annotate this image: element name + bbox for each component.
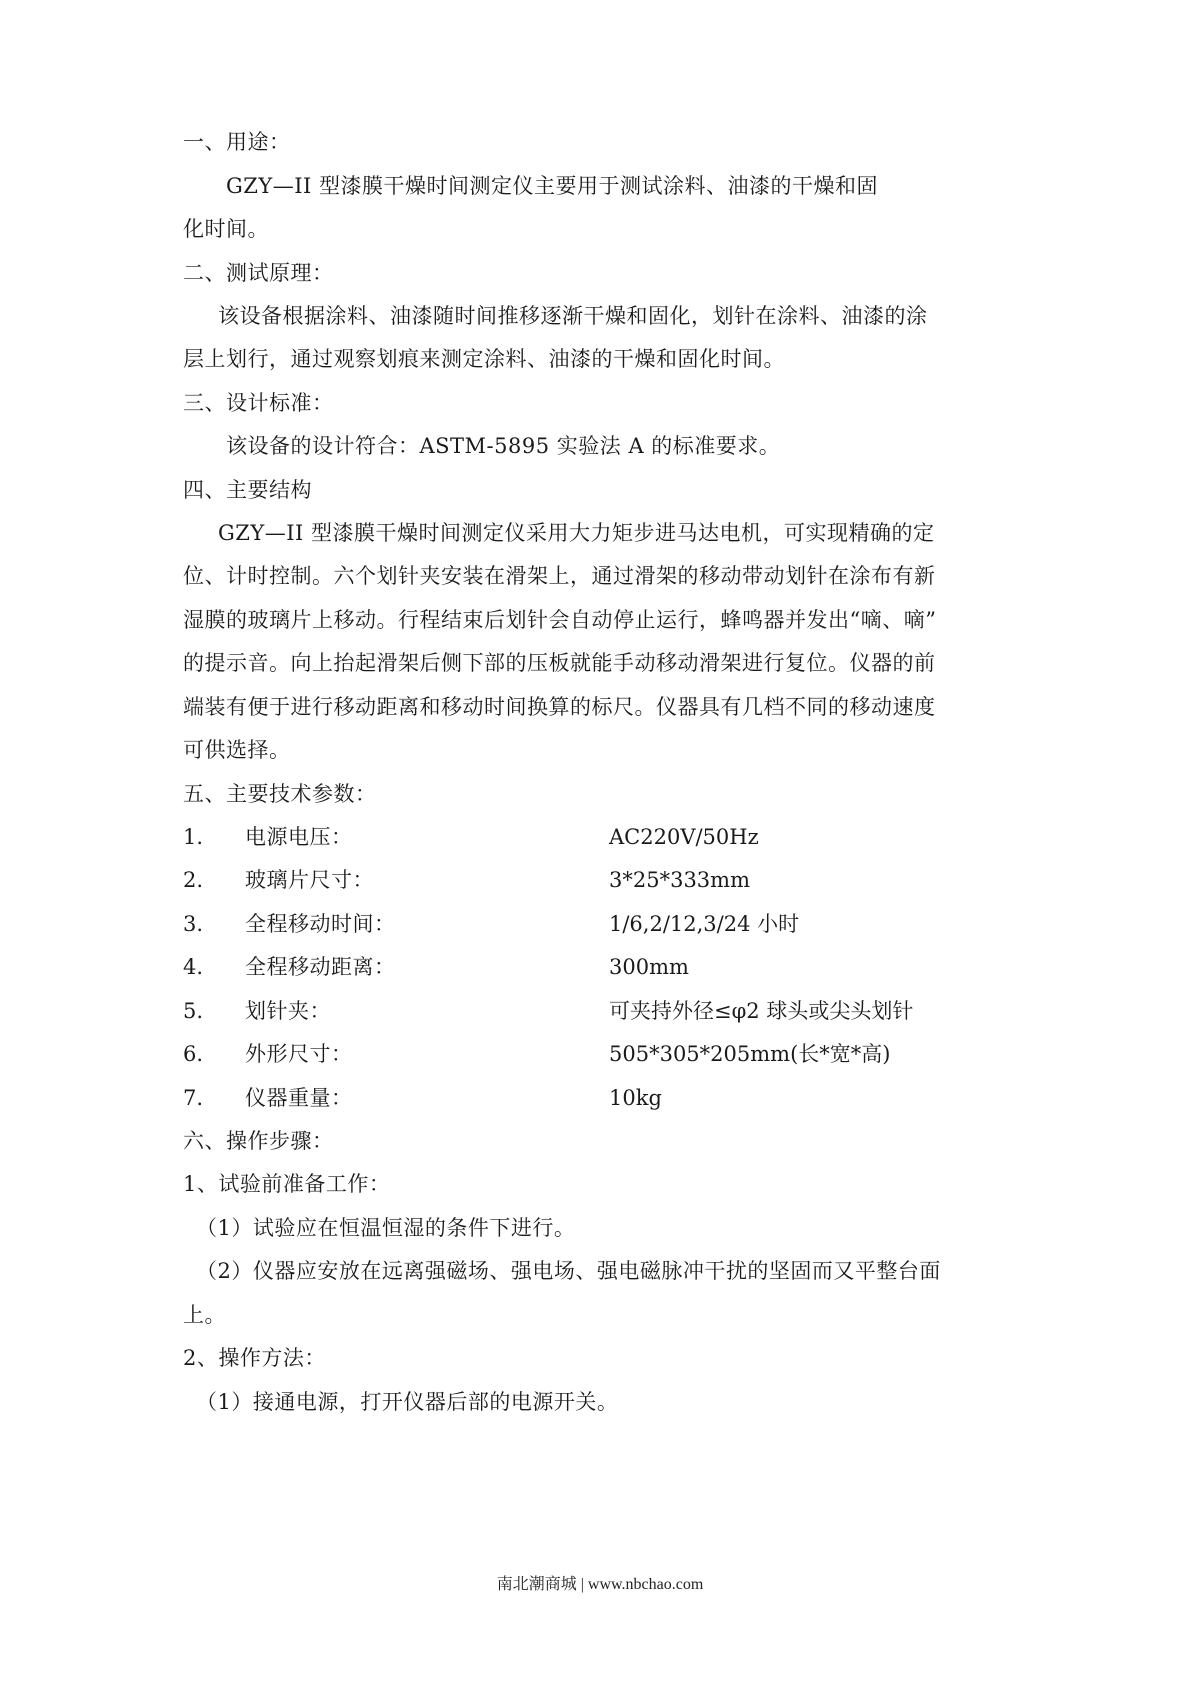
footer-watermark: 南北潮商城 | www.nbchao.com [0,1574,1200,1596]
structure-paragraph-line: 端装有便于进行移动距离和移动时间换算的标尺。仪器具有几档不同的移动速度 [183,693,936,721]
spec-number: 7. [183,1084,203,1112]
spec-number: 4. [183,953,203,981]
usage-paragraph-line: 化时间。 [183,215,269,243]
spec-name: 划针夹： [245,997,331,1025]
subheading-preparation: 1、试验前准备工作： [183,1170,390,1198]
spec-name: 玻璃片尺寸： [245,866,374,894]
spec-number: 6. [183,1040,203,1068]
preparation-item: （2）仪器应安放在远离强磁场、强电场、强电磁脉冲干扰的坚固而又平整台面 [196,1257,941,1285]
principle-paragraph-line: 层上划行，通过观察划痕来测定涂料、油漆的干燥和固化时间。 [183,345,785,373]
spec-number: 3. [183,910,203,938]
spec-name: 全程移动时间： [245,910,396,938]
spec-name: 全程移动距离： [245,953,396,981]
spec-value: 可夹持外径≤φ2 球头或尖头划针 [609,997,913,1025]
structure-paragraph-line: GZY—II 型漆膜干燥时间测定仪采用大力矩步进马达电机，可实现精确的定 [218,519,935,547]
preparation-item: （1）试验应在恒温恒湿的条件下进行。 [196,1214,575,1242]
structure-paragraph-line: 的提示音。向上抬起滑架后侧下部的压板就能手动移动滑架进行复位。仪器的前 [183,649,936,677]
principle-paragraph-line: 该设备根据涂料、油漆随时间推移逐渐干燥和固化，划针在涂料、油漆的涂 [218,302,928,330]
method-item: （1）接通电源，打开仪器后部的电源开关。 [196,1388,618,1416]
spec-value: 505*305*205mm(长*宽*高) [609,1040,890,1068]
structure-paragraph-line: 位、计时控制。六个划针夹安装在滑架上，通过滑架的移动带动划针在涂布有新 [183,562,936,590]
usage-paragraph-line: GZY—II 型漆膜干燥时间测定仪主要用于测试涂料、油漆的干燥和固 [226,172,878,200]
spec-value: 300mm [609,953,689,981]
subheading-method: 2、操作方法： [183,1344,326,1372]
spec-number: 5. [183,997,203,1025]
spec-name: 仪器重量： [245,1084,353,1112]
section-heading-usage: 一、用途： [183,128,291,156]
section-heading-structure: 四、主要结构 [183,476,312,504]
document-page: 一、用途： GZY—II 型漆膜干燥时间测定仪主要用于测试涂料、油漆的干燥和固 … [0,0,1200,1697]
standard-paragraph-line: 该设备的设计符合：ASTM-5895 实验法 A 的标准要求。 [226,432,780,460]
spec-value: AC220V/50Hz [609,823,759,851]
section-heading-standard: 三、设计标准： [183,389,334,417]
section-heading-operation: 六、操作步骤： [183,1127,334,1155]
spec-value: 3*25*333mm [609,866,750,894]
spec-name: 外形尺寸： [245,1040,353,1068]
spec-value: 10kg [609,1084,662,1112]
structure-paragraph-line: 湿膜的玻璃片上移动。行程结束后划针会自动停止运行，蜂鸣器并发出“嘀、嘀” [183,606,936,634]
spec-name: 电源电压： [245,823,353,851]
section-heading-principle: 二、测试原理： [183,259,334,287]
spec-value: 1/6,2/12,3/24 小时 [609,910,799,938]
spec-number: 1. [183,823,203,851]
structure-paragraph-line: 可供选择。 [183,736,291,764]
spec-number: 2. [183,866,203,894]
section-heading-specs: 五、主要技术参数： [183,780,377,808]
preparation-item-continuation: 上。 [183,1301,226,1329]
